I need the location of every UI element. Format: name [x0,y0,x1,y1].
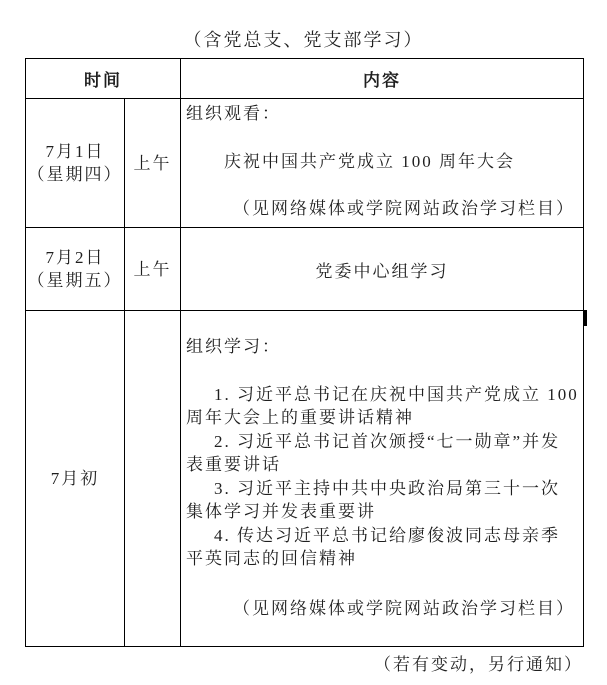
content-cell: 组织观看： 庆祝中国共产党成立 100 周年大会 （见网络媒体或学院网站政治学习… [181,99,584,228]
content-line: （见网络媒体或学院网站政治学习栏目） [186,199,577,219]
content-line: 1. 习近平总书记在庆祝中国共产党成立 100 [186,383,577,407]
content-cell: 党委中心组学习 [181,228,584,311]
date-cell: 7月2日 （星期五） [26,228,125,311]
time-cell: 上午 [125,99,181,228]
content-line: 3. 习近平主持中共中央政治局第三十一次 [186,477,577,501]
date-text: 7月1日 [26,140,124,163]
content-line: 庆祝中国共产党成立 100 周年大会 [186,152,577,172]
weekday-text: （星期五） [26,269,124,292]
time-cell: 上午 [125,228,181,311]
content-line: 表重要讲话 [186,453,577,477]
column-header-time: 时间 [26,59,181,99]
time-cell [125,311,181,647]
table-row-july2: 7月2日 （星期五） 上午 党委中心组学习 [26,228,584,311]
content-line: 2. 习近平总书记首次颁授“七一勋章”并发 [186,430,577,454]
content-line: 组织观看： [186,104,577,124]
schedule-table: 时间 内容 7月1日 （星期四） 上午 组织观看： 庆祝中国共产党成立 100 … [25,58,584,647]
content-cell: 组织学习： 1. 习近平总书记在庆祝中国共产党成立 100 周年大会上的重要讲话… [181,311,584,647]
content-line: 周年大会上的重要讲话精神 [186,406,577,430]
date-cell: 7月1日 （星期四） [26,99,125,228]
weekday-text: （星期四） [26,163,124,186]
content-line: 集体学习并发表重要讲 [186,500,577,524]
table-row-early-july: 7月初 组织学习： 1. 习近平总书记在庆祝中国共产党成立 100 周年大会上的… [26,311,584,647]
date-cell: 7月初 [26,311,125,647]
table-row-july1: 7月1日 （星期四） 上午 组织观看： 庆祝中国共产党成立 100 周年大会 （… [26,99,584,228]
content-line: 组织学习： [186,335,577,359]
date-text: 7月2日 [26,246,124,269]
doc-subtitle: （含党总支、党支部学习） [0,28,607,53]
change-notice-footnote: （若有变动，另行通知） [25,654,583,676]
header-row: 时间 内容 [26,59,584,99]
content-line: 4. 传达习近平总书记给廖俊波同志母亲季 [186,524,577,548]
content-line: （见网络媒体或学院网站政治学习栏目） [186,597,577,621]
document-page: （含党总支、党支部学习） 时间 内容 7月1日 （星期四） 上午 组织观看： [0,0,607,685]
content-line: 平英同志的回信精神 [186,547,577,571]
artifact-mark [583,310,587,326]
column-header-content: 内容 [181,59,584,99]
